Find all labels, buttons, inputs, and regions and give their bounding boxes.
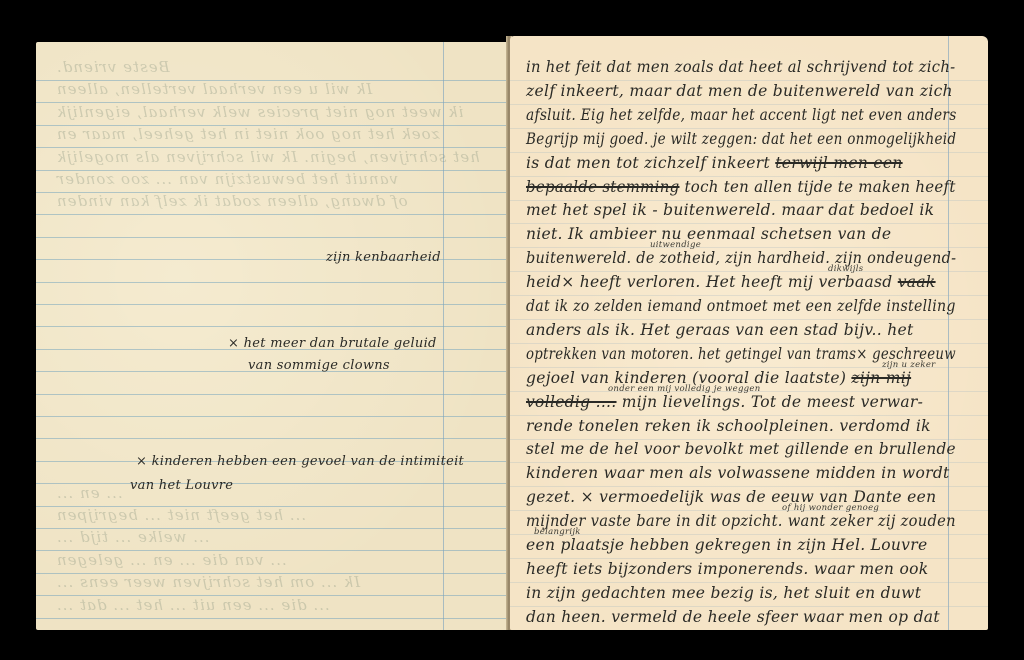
handwritten-line: met het spel ik - buitenwereld. maar dat… bbox=[526, 201, 934, 219]
bleed-through-text: zoek het nog ook niet in het geheel, maa… bbox=[36, 125, 512, 143]
line-text: toch ten allen tijde te maken heeft bbox=[685, 178, 956, 196]
margin-line bbox=[948, 36, 949, 630]
rule-line bbox=[510, 606, 988, 607]
handwritten-line: heeft iets bijzonders imponerends. waar … bbox=[526, 560, 928, 578]
line-text: zelf inkeert, maar dat men de buitenwere… bbox=[526, 82, 953, 100]
rule-line bbox=[510, 104, 988, 105]
rule-line bbox=[510, 80, 988, 81]
line-text: Begrijp mij goed. je wilt zeggen: dat he… bbox=[526, 130, 956, 148]
rule-line bbox=[510, 486, 988, 487]
handwritten-line: in zijn gedachten mee bezig is, het slui… bbox=[526, 584, 921, 602]
handwritten-line: buitenwereld. de zotheid, zijn hardheid.… bbox=[526, 249, 956, 267]
rule-line bbox=[36, 416, 512, 417]
handwritten-line: heid× heeft verloren. Het heeft mij verb… bbox=[526, 273, 936, 291]
bleed-through-text: ... die ... een uit ... het ... dat ... bbox=[36, 596, 512, 614]
line-text: rende tonelen reken ik schoolpleinen. ve… bbox=[526, 417, 931, 435]
handwritten-line: Begrijp mij goed. je wilt zeggen: dat he… bbox=[526, 130, 956, 148]
bleed-through-text: Beste vriend. bbox=[36, 58, 512, 76]
handwritten-line: rende tonelen reken ik schoolpleinen. ve… bbox=[526, 417, 931, 435]
handwritten-line: dat ik zo zelden iemand ontmoet met een … bbox=[526, 297, 956, 315]
interlinear-insertion: belangrijk bbox=[534, 527, 581, 537]
line-text: afsluit. Eig het zelfde, maar het accent… bbox=[526, 106, 957, 124]
line-text: anders als ik. Het geraas van een stad b… bbox=[526, 321, 914, 339]
interlinear-insertion: zijn u zeker bbox=[882, 360, 936, 370]
bleed-through-text: ik weet nog niet precies welk verhaal, e… bbox=[36, 103, 512, 121]
handwritten-line: mijnder vaste bare in dit opzicht. want … bbox=[526, 512, 956, 530]
struck-text: bepaalde stemming bbox=[526, 178, 679, 196]
right-page: in het feit dat men zoals dat heet al sc… bbox=[510, 36, 988, 630]
line-text: mijn lievelings. Tot de meest verwar- bbox=[622, 393, 923, 411]
bleed-through-text: vanuit het bewustzijn van ... zoo zonder bbox=[36, 170, 512, 188]
rule-line bbox=[510, 510, 988, 511]
rule-line bbox=[510, 439, 988, 440]
handwritten-line: zelf inkeert, maar dat men de buitenwere… bbox=[526, 82, 953, 100]
rule-line bbox=[36, 214, 512, 215]
handwritten-line: anders als ik. Het geraas van een stad b… bbox=[526, 321, 914, 339]
line-text: heid× heeft verloren. Het heeft mij verb… bbox=[526, 273, 893, 291]
rule-line bbox=[36, 394, 512, 395]
bleed-through-text: Ik ... om het schrijven weer eens ... bbox=[36, 573, 512, 591]
rule-line bbox=[510, 319, 988, 320]
rule-line bbox=[510, 223, 988, 224]
line-text: heeft iets bijzonders imponerends. waar … bbox=[526, 560, 928, 578]
rule-line bbox=[36, 282, 512, 283]
margin-note: × het meer dan brutale geluid bbox=[228, 336, 437, 351]
handwritten-line: niet. Ik ambieer nu eenmaal schetsen van… bbox=[526, 225, 891, 243]
handwritten-line: dan heen. vermeld de heele sfeer waar me… bbox=[526, 608, 940, 626]
rule-line bbox=[510, 343, 988, 344]
line-text: in het feit dat men zoals dat heet al sc… bbox=[526, 58, 955, 76]
rule-line bbox=[510, 128, 988, 129]
interlinear-insertion: dikwijls bbox=[828, 264, 863, 274]
interlinear-insertion: of hij wonder genoeg bbox=[782, 503, 879, 513]
handwritten-line: volledig .... mijn lievelings. Tot de me… bbox=[526, 393, 923, 411]
line-text: niet. Ik ambieer nu eenmaal schetsen van… bbox=[526, 225, 891, 243]
margin-note: zijn kenbaarheid bbox=[326, 250, 441, 265]
rule-line bbox=[510, 271, 988, 272]
bleed-through-text: het schrijven, begin. Ik wil schrijven a… bbox=[36, 148, 512, 166]
bleed-through-text: ... en ... bbox=[36, 484, 512, 502]
bleed-through-text: Ik wil u een verhaal vertellen, alleen bbox=[36, 80, 512, 98]
rule-line bbox=[510, 247, 988, 248]
line-text: dan heen. vermeld de heele sfeer waar me… bbox=[526, 608, 940, 626]
rule-line bbox=[36, 304, 512, 305]
line-text: dat ik zo zelden iemand ontmoet met een … bbox=[526, 297, 956, 315]
rule-line bbox=[36, 618, 512, 619]
rule-line bbox=[36, 438, 512, 439]
line-text: buitenwereld. de zotheid, zijn hardheid.… bbox=[526, 249, 956, 267]
line-text: stel me de hel voor bevolkt met gillende… bbox=[526, 440, 956, 458]
rule-line bbox=[510, 200, 988, 201]
margin-note: × kinderen hebben een gevoel van de inti… bbox=[136, 454, 464, 469]
bleed-through-text: ... van die ... en ... gelegen bbox=[36, 551, 512, 569]
rule-line bbox=[510, 176, 988, 177]
rule-line bbox=[510, 295, 988, 296]
handwritten-line: kinderen waar men als volwassene midden … bbox=[526, 464, 950, 482]
interlinear-insertion: uitwendige bbox=[650, 240, 701, 250]
rule-line bbox=[510, 152, 988, 153]
rule-line bbox=[510, 582, 988, 583]
rule-line bbox=[510, 534, 988, 535]
rule-line bbox=[510, 415, 988, 416]
line-text: is dat men tot zichzelf inkeert bbox=[526, 154, 770, 172]
struck-text: volledig .... bbox=[526, 393, 617, 411]
left-page: Beste vriend.Ik wil u een verhaal vertel… bbox=[36, 42, 512, 630]
margin-note: van sommige clowns bbox=[248, 358, 390, 373]
line-text: met het spel ik - buitenwereld. maar dat… bbox=[526, 201, 934, 219]
rule-line bbox=[36, 326, 512, 327]
handwritten-line: bepaalde stemming toch ten allen tijde t… bbox=[526, 178, 956, 196]
handwritten-line: afsluit. Eig het zelfde, maar het accent… bbox=[526, 106, 957, 124]
line-text: een plaatsje hebben gekregen in zijn Hel… bbox=[526, 536, 927, 554]
line-text: mijnder vaste bare in dit opzicht. want … bbox=[526, 512, 956, 530]
bleed-through-text: ... het geeft niet ... begrijpen bbox=[36, 506, 512, 524]
handwritten-line: is dat men tot zichzelf inkeert terwijl … bbox=[526, 154, 903, 172]
struck-text: terwijl men een bbox=[775, 154, 902, 172]
handwritten-line: een plaatsje hebben gekregen in zijn Hel… bbox=[526, 536, 927, 554]
rule-line bbox=[36, 237, 512, 238]
bleed-through-text: ... welke ... tijd ... bbox=[36, 528, 512, 546]
handwritten-line: stel me de hel voor bevolkt met gillende… bbox=[526, 440, 956, 458]
bleed-through-text: of dwang, alleen zodat ik zelf kan vinde… bbox=[36, 192, 512, 210]
rule-line bbox=[510, 558, 988, 559]
margin-note: van het Louvre bbox=[130, 478, 233, 493]
rule-line bbox=[510, 462, 988, 463]
line-text: kinderen waar men als volwassene midden … bbox=[526, 464, 950, 482]
interlinear-insertion: onder een mij volledig je weggen bbox=[608, 384, 761, 394]
struck-text: vaak bbox=[898, 273, 936, 291]
line-text: in zijn gedachten mee bezig is, het slui… bbox=[526, 584, 921, 602]
struck-text: zijn mij bbox=[851, 369, 911, 387]
handwritten-line: in het feit dat men zoals dat heet al sc… bbox=[526, 58, 955, 76]
